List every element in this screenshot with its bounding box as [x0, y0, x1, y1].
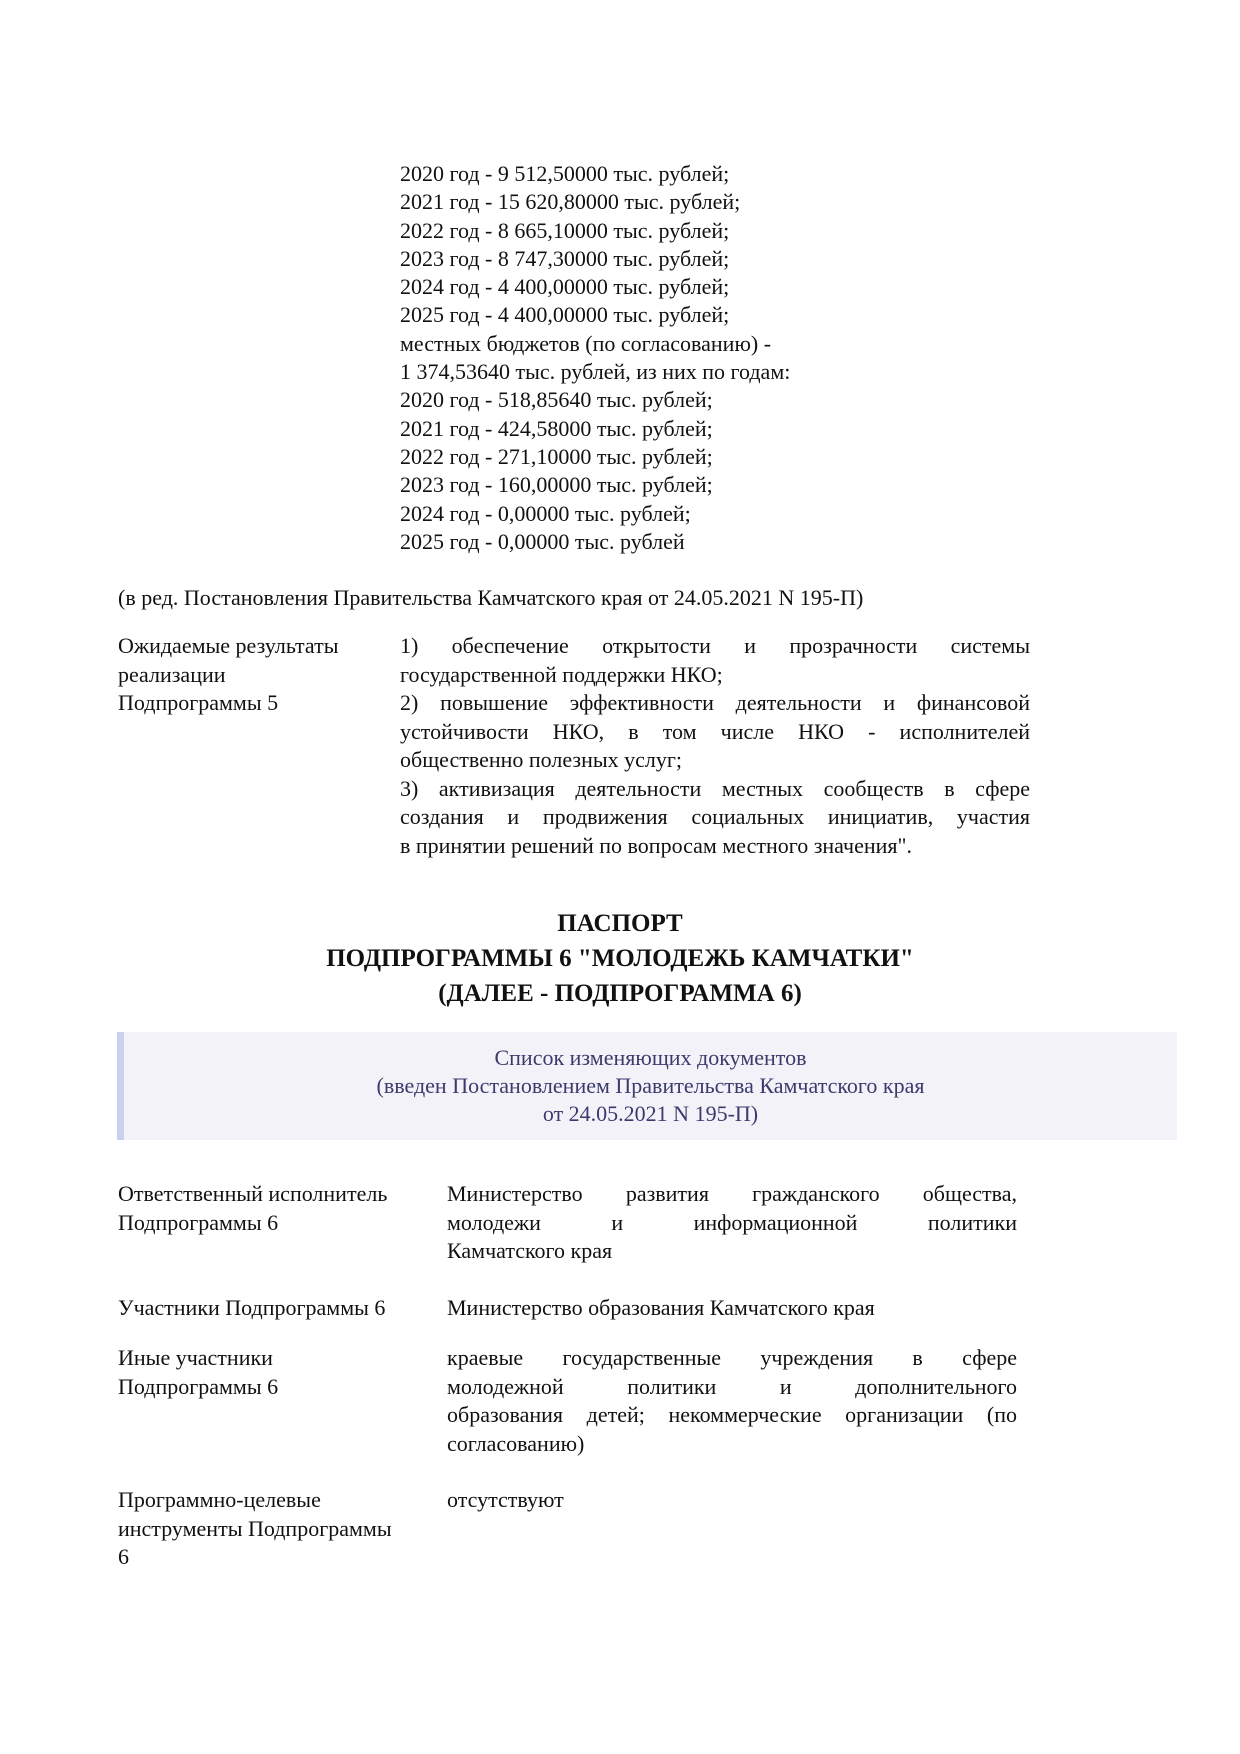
- local-budget-line: 2025 год - 0,00000 тыс. рублей: [400, 528, 790, 556]
- local-budget-line: 2023 год - 160,00000 тыс. рублей;: [400, 471, 790, 499]
- local-budget-line: 2022 год - 271,10000 тыс. рублей;: [400, 443, 790, 471]
- label-line: инструменты Подпрограммы: [118, 1515, 418, 1544]
- budget-block: 2020 год - 9 512,50000 тыс. рублей; 2021…: [400, 160, 790, 556]
- value-line: Камчатского края: [447, 1237, 1017, 1266]
- budget-line: 2020 год - 9 512,50000 тыс. рублей;: [400, 160, 790, 188]
- label-line: Ожидаемые результаты: [118, 632, 418, 661]
- label-line: Подпрограммы 6: [118, 1209, 418, 1238]
- value-line: образования детей; некоммерческие органи…: [447, 1401, 1017, 1430]
- label-line: Подпрограммы 6: [118, 1373, 418, 1402]
- changes-line: (введен Постановлением Правительства Кам…: [124, 1072, 1177, 1100]
- label-line: Подпрограммы 5: [118, 689, 418, 718]
- row-label: Иные участники Подпрограммы 6: [118, 1344, 418, 1401]
- value-line: Министерство образования Камчатского кра…: [447, 1294, 1017, 1323]
- expected-results-value: 1) обеспечение открытости и прозрачности…: [400, 632, 1030, 860]
- label-line: Ответственный исполнитель: [118, 1180, 418, 1209]
- value-line: государственной поддержки НКО;: [400, 661, 1030, 690]
- budget-line: 2021 год - 15 620,80000 тыс. рублей;: [400, 188, 790, 216]
- changes-line: Список изменяющих документов: [124, 1044, 1177, 1072]
- value-line: устойчивости НКО, в том числе НКО - испо…: [400, 718, 1030, 747]
- local-budget-line: 2020 год - 518,85640 тыс. рублей;: [400, 386, 790, 414]
- value-line: создания и продвижения социальных инициа…: [400, 803, 1030, 832]
- local-budget-line: 2024 год - 0,00000 тыс. рублей;: [400, 500, 790, 528]
- value-line: в принятии решений по вопросам местного …: [400, 832, 1030, 861]
- title-line: ПАСПОРТ: [0, 906, 1240, 941]
- value-line: молодежной политики и дополнительного: [447, 1373, 1017, 1402]
- value-line: общественно полезных услуг;: [400, 746, 1030, 775]
- budget-line: 2022 год - 8 665,10000 тыс. рублей;: [400, 217, 790, 245]
- row-label: Программно-целевые инструменты Подпрогра…: [118, 1486, 418, 1572]
- budget-line: 2025 год - 4 400,00000 тыс. рублей;: [400, 301, 790, 329]
- local-budget-line: местных бюджетов (по согласованию) -: [400, 330, 790, 358]
- value-line: краевые государственные учреждения в сфе…: [447, 1344, 1017, 1373]
- label-line: реализации: [118, 661, 418, 690]
- value-line: 1) обеспечение открытости и прозрачности…: [400, 632, 1030, 661]
- passport-title: ПАСПОРТ ПОДПРОГРАММЫ 6 "МОЛОДЕЖЬ КАМЧАТК…: [0, 906, 1240, 1011]
- title-line: ПОДПРОГРАММЫ 6 "МОЛОДЕЖЬ КАМЧАТКИ": [0, 941, 1240, 976]
- value-line: согласованию): [447, 1430, 1017, 1459]
- value-line: 2) повышение эффективности деятельности …: [400, 689, 1030, 718]
- row-value: отсутствуют: [447, 1486, 1017, 1515]
- label-line: Участники Подпрограммы 6: [118, 1294, 418, 1323]
- local-budget-line: 2021 год - 424,58000 тыс. рублей;: [400, 415, 790, 443]
- row-label: Участники Подпрограммы 6: [118, 1294, 418, 1323]
- local-budget-line: 1 374,53640 тыс. рублей, из них по годам…: [400, 358, 790, 386]
- row-value: Министерство образования Камчатского кра…: [447, 1294, 1017, 1323]
- changes-line: от 24.05.2021 N 195-П): [124, 1100, 1177, 1128]
- label-line: 6: [118, 1543, 418, 1572]
- title-line: (ДАЛЕЕ - ПОДПРОГРАММА 6): [0, 976, 1240, 1011]
- label-line: Программно-целевые: [118, 1486, 418, 1515]
- row-label: Ответственный исполнитель Подпрограммы 6: [118, 1180, 418, 1237]
- row-value: краевые государственные учреждения в сфе…: [447, 1344, 1017, 1458]
- value-line: отсутствуют: [447, 1486, 1017, 1515]
- expected-results-label: Ожидаемые результаты реализации Подпрогр…: [118, 632, 418, 718]
- revision-note: (в ред. Постановления Правительства Камч…: [118, 585, 863, 611]
- label-line: Иные участники: [118, 1344, 418, 1373]
- changes-box: Список изменяющих документов (введен Пос…: [117, 1032, 1177, 1140]
- value-line: Министерство развития гражданского общес…: [447, 1180, 1017, 1209]
- value-line: молодежи и информационной политики: [447, 1209, 1017, 1238]
- budget-line: 2024 год - 4 400,00000 тыс. рублей;: [400, 273, 790, 301]
- value-line: 3) активизация деятельности местных сооб…: [400, 775, 1030, 804]
- row-value: Министерство развития гражданского общес…: [447, 1180, 1017, 1266]
- budget-line: 2023 год - 8 747,30000 тыс. рублей;: [400, 245, 790, 273]
